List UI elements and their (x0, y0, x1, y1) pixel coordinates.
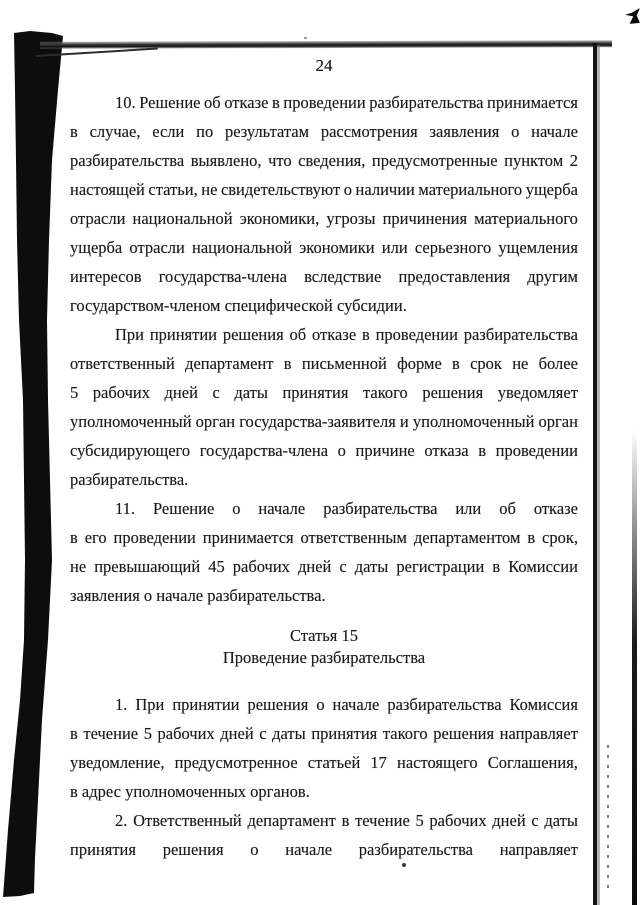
word: в (492, 552, 500, 581)
word: ответственным (301, 523, 407, 552)
text-line: интересовгосударства-членавследствиепред… (70, 262, 578, 291)
text-line: настоящейстатьи,несвидетельствуютоналичи… (70, 175, 578, 204)
word: причинения (383, 204, 467, 233)
word: департамент (185, 349, 273, 378)
word: настоящего (397, 748, 478, 777)
word: 2. (115, 806, 127, 835)
word: Соглашения, (488, 748, 578, 777)
text-line: вслучае,еслипорезультатамрассмотрениязая… (70, 117, 578, 146)
word: уведомление, (70, 748, 165, 777)
word: дней (298, 552, 331, 581)
word: о (344, 175, 352, 204)
word: или (455, 494, 481, 523)
word: направляет (500, 835, 578, 864)
word: о (250, 835, 258, 864)
word: в (70, 117, 78, 146)
word: принятия (282, 378, 348, 407)
word: решения (433, 719, 494, 748)
word: субсидирующего (70, 436, 190, 465)
word: и (400, 407, 409, 436)
word: рассмотрения (321, 117, 418, 146)
word: об (499, 494, 516, 523)
word: дней (165, 378, 198, 407)
word: принятия (311, 719, 377, 748)
word: превышающий (94, 552, 200, 581)
text-line: вегопроведениипринимаетсяответственнымде… (70, 523, 578, 552)
word: такого (363, 378, 408, 407)
word: Ответственный (133, 806, 242, 835)
word: проведении (496, 436, 578, 465)
word: направляет (500, 719, 578, 748)
heading-line: Статья 15 (70, 625, 578, 647)
page-border-right-haze (597, 45, 600, 905)
word: разбирательства (387, 690, 501, 719)
word: экономики, (240, 204, 320, 233)
text-line: разбирательствавыявлено,чтосведения,пред… (70, 146, 578, 175)
word: материального (418, 175, 522, 204)
text-line: Припринятиирешенияоботказевпроведениираз… (70, 320, 578, 349)
word: начале (285, 835, 332, 864)
word: 1. (115, 690, 127, 719)
word: экономики (299, 233, 374, 262)
word: даты (272, 719, 306, 748)
scan-artifact-left-band (0, 0, 70, 905)
word: в (342, 806, 350, 835)
word: рабочих (429, 806, 486, 835)
word: ущерба (526, 175, 578, 204)
word: начале (333, 690, 380, 719)
word: в (70, 719, 78, 748)
text-line: 2.Ответственныйдепартаментвтечение5рабоч… (70, 806, 578, 835)
word: дней (492, 806, 525, 835)
word: случае, (90, 117, 141, 146)
word: материального (474, 204, 578, 233)
text-line: 11.Решениеоначалеразбирательстваилиоботк… (70, 494, 578, 523)
text-line: государством-членом специфической субсид… (70, 291, 578, 320)
word: орган (539, 407, 578, 436)
word: разбирательства (369, 88, 483, 117)
word: отрасли (70, 204, 125, 233)
word: интересов (70, 262, 142, 291)
word: разбирательства (70, 146, 184, 175)
text-line: ответственныйдепартаментвписьменнойформе… (70, 349, 578, 378)
word: его (85, 523, 107, 552)
word: При (135, 690, 164, 719)
word: серьезного (415, 233, 491, 262)
text-line: непревышающий45рабочихднейсдатырегистрац… (70, 552, 578, 581)
word: государства-члена (159, 262, 287, 291)
word: не (512, 349, 528, 378)
word: об (290, 320, 307, 349)
text-line: ущербаотраслинациональнойэкономикиилисер… (70, 233, 578, 262)
text-line: отраслинациональнойэкономики,угрозыпричи… (70, 204, 578, 233)
word: отказа (424, 436, 468, 465)
word: уполномоченный (70, 407, 192, 436)
page-edge-shadow (632, 430, 637, 905)
text-line: 5рабочихднейсдатыпринятиятакогорешенияув… (70, 378, 578, 407)
page-number: 24 (70, 55, 578, 77)
word: пунктом (504, 146, 563, 175)
word: 5 (70, 378, 78, 407)
word: заявления (430, 117, 500, 146)
word: в (284, 349, 292, 378)
word: 5 (415, 806, 423, 835)
word: 10. (115, 88, 136, 117)
word: отрасли (129, 233, 184, 262)
word: орган (196, 407, 235, 436)
word: рабочих (233, 552, 290, 581)
word: наличии (356, 175, 415, 204)
word: не (201, 175, 217, 204)
word: уведомляет (498, 378, 578, 407)
word: с (212, 378, 219, 407)
word: с (259, 719, 266, 748)
scan-arrow-mark (625, 8, 640, 24)
word: или (382, 233, 408, 262)
word: что (268, 146, 292, 175)
word: отказе (534, 494, 578, 523)
word: решения (247, 690, 308, 719)
word: срок (470, 349, 502, 378)
word: статьи, (148, 175, 197, 204)
word: в (272, 88, 280, 117)
word: разбирательства (464, 320, 578, 349)
word: проведении (283, 88, 365, 117)
word: угрозы (326, 204, 375, 233)
text-line: разбирательства. (70, 465, 578, 494)
word: не (70, 552, 86, 581)
word: результатам (225, 117, 309, 146)
word: принятии (172, 690, 239, 719)
text-line: уполномоченныйоргангосударства-заявителя… (70, 407, 578, 436)
word: в (478, 436, 486, 465)
word: даты (355, 552, 389, 581)
word: дней (220, 719, 253, 748)
word: проведении (114, 523, 196, 552)
word: более (539, 349, 578, 378)
text-line: 10.Решениеоботказевпроведенииразбиратель… (70, 88, 578, 117)
word: если (152, 117, 184, 146)
word: выявлено, (191, 146, 262, 175)
word: рабочих (93, 378, 150, 407)
heading-line: Проведение разбирательства (70, 647, 578, 669)
word: о (316, 690, 324, 719)
word: ущерба (70, 233, 122, 262)
word: предусмотренные (372, 146, 498, 175)
word: в (362, 320, 370, 349)
word: о (232, 494, 240, 523)
word: решения (163, 835, 224, 864)
word: 45 (208, 552, 225, 581)
word: ответственный (70, 349, 175, 378)
text-line: в адрес уполномоченных органов. (70, 777, 578, 806)
word: такого (383, 719, 428, 748)
word: 11. (115, 494, 135, 523)
word: национальной (133, 204, 233, 233)
word: течение (355, 806, 410, 835)
word: начале (258, 494, 305, 523)
word: сведения, (298, 146, 365, 175)
word: статьей (308, 748, 361, 777)
word: Решение (153, 494, 214, 523)
text-line: субсидирующегогосударства-членаопричинео… (70, 436, 578, 465)
word: 2 (570, 146, 578, 175)
text-line: заявления о начале разбирательства. (70, 581, 578, 610)
word: предусмотренное (175, 748, 298, 777)
word: проведении (376, 320, 458, 349)
word: другим (527, 262, 578, 291)
word: Комиссия (509, 690, 577, 719)
word: регистрации (396, 552, 484, 581)
word: об (204, 88, 221, 117)
text-line: 1.Припринятиирешенияоначалеразбирательст… (70, 690, 578, 719)
word: причине (356, 436, 415, 465)
word: принятии (150, 320, 217, 349)
text-line: принятиярешенияоначалеразбирательстванап… (70, 835, 578, 864)
word: государства-заявителя (239, 407, 396, 436)
word: вследствие (304, 262, 381, 291)
word: с (531, 806, 538, 835)
word: даты (234, 378, 268, 407)
word: отказе (224, 88, 268, 117)
word: форме (397, 349, 442, 378)
word: письменной (302, 349, 387, 378)
word: принимается (203, 523, 294, 552)
word: При (115, 320, 144, 349)
word: Комиссии (508, 552, 578, 581)
word: в (70, 523, 78, 552)
word: Решение (139, 88, 200, 117)
word: решения (422, 378, 483, 407)
word: отказе (312, 320, 356, 349)
word: решения (223, 320, 284, 349)
document-text-block: 10.Решениеоботказевпроведенииразбиратель… (70, 88, 578, 864)
word: по (196, 117, 213, 146)
word: 17 (370, 748, 387, 777)
word: ущемления (498, 233, 578, 262)
word: департаментом (414, 523, 521, 552)
text-line: уведомление,предусмотренноестатьей17наст… (70, 748, 578, 777)
word: разбирательства (359, 835, 473, 864)
scan-dotted-line (607, 745, 609, 895)
word: государства-члена (200, 436, 328, 465)
text-line: втечение5рабочихднейсдатыпринятиятакогор… (70, 719, 578, 748)
word: принятия (70, 835, 136, 864)
scan-dot (304, 37, 307, 39)
word: срок, (542, 523, 578, 552)
word: департамент (247, 806, 335, 835)
word: даты (544, 806, 578, 835)
scanned-document-page: 24 10.Решениеоботказевпроведенииразбират… (0, 0, 640, 905)
word: национальной (192, 233, 292, 262)
page-border-top (40, 40, 612, 48)
word: о (511, 117, 519, 146)
word: течение (83, 719, 138, 748)
word: начале (531, 117, 578, 146)
word: предоставления (398, 262, 510, 291)
word: рабочих (158, 719, 215, 748)
word: разбирательства (323, 494, 437, 523)
word: принимается (487, 88, 578, 117)
word: о (338, 436, 346, 465)
word: с (339, 552, 346, 581)
word: уполномоченный (413, 407, 535, 436)
word: в (452, 349, 460, 378)
word: свидетельствуют (221, 175, 340, 204)
word: 5 (144, 719, 152, 748)
word: настоящей (70, 175, 145, 204)
word: в (527, 523, 535, 552)
